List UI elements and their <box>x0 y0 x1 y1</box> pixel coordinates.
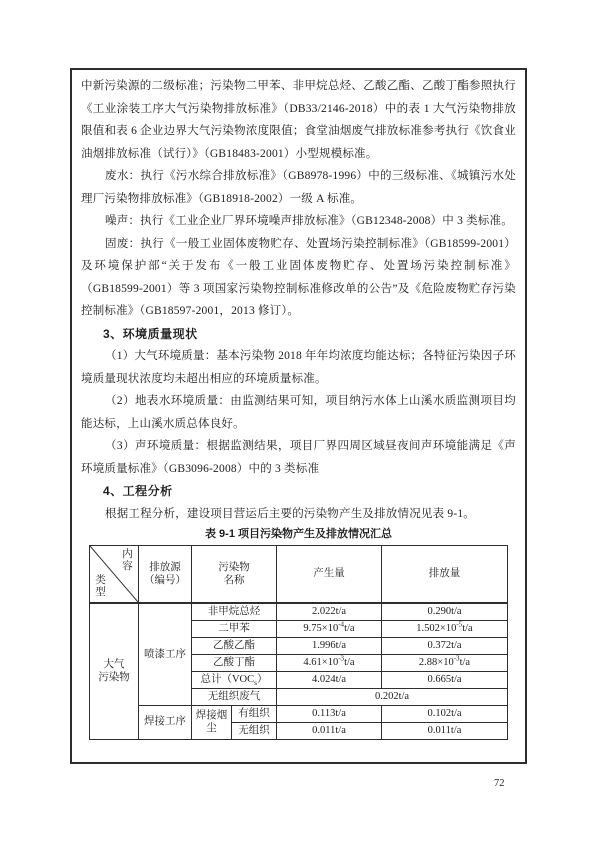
cell-emitted: 1.502×10-5t/a <box>382 620 508 637</box>
cell-combined-value: 0.202t/a <box>277 688 508 705</box>
cell-emitted: 0.372t/a <box>382 637 508 654</box>
paragraph-solid-waste-standards: 固废：执行《一般工业固体废物贮存、处置场污染控制标准》（GB18599-2001… <box>81 233 516 323</box>
content-frame: 中新污染源的二级标准；污染物二甲苯、非甲烷总烃、乙酸乙酯、乙酸丁酯参照执行《工业… <box>70 68 527 764</box>
cell-produced: 2.022t/a <box>277 603 382 620</box>
table-corner-cell: 内容 类型 <box>90 546 139 604</box>
paragraph-acoustic-quality: （3）声环境质量：根据监测结果，项目厂界四周区域昼夜间声环境能满足《声环境质量标… <box>81 435 516 480</box>
cell-produced: 0.113t/a <box>277 705 382 722</box>
corner-label-content: 内容 <box>122 549 133 573</box>
table-row: 焊接工序 焊接烟 尘 有组织 0.113t/a 0.102t/a <box>90 705 508 722</box>
cell-produced: 1.996t/a <box>277 637 382 654</box>
cell-pollutant-welding-fume: 焊接烟 尘 <box>192 705 232 739</box>
section-heading-env-quality: 3、环境质量现状 <box>81 323 516 346</box>
cell-emission-mode: 有组织 <box>232 705 277 722</box>
corner-label-type: 类型 <box>95 575 106 599</box>
pollutant-summary-table: 内容 类型 排放源 （编号） 污染物 名称 产生量 排放量 大气 污染物 喷漆工… <box>89 545 508 740</box>
column-header-source: 排放源 （编号） <box>139 546 192 604</box>
cell-emitted: 0.290t/a <box>382 603 508 620</box>
cell-pollutant-name-vocs-total: 总计（VOCs） <box>192 671 277 688</box>
table-caption: 表 9-1 项目污染物产生及排放情况汇总 <box>81 526 516 543</box>
cell-pollutant-name-fugitive: 无组织废气 <box>192 688 277 705</box>
cell-produced: 0.011t/a <box>277 722 382 739</box>
section-heading-engineering-analysis: 4、工程分析 <box>81 480 516 503</box>
column-header-pollutant: 污染物 名称 <box>192 546 277 604</box>
paragraph-surface-water-quality: （2）地表水环境质量：由监测结果可知，项目纳污水体上山溪水质监测项目均能达标，上… <box>81 390 516 435</box>
column-header-emitted: 排放量 <box>382 546 508 604</box>
cell-emitted: 2.88×10-3t/a <box>382 654 508 671</box>
paragraph-noise-standards: 噪声：执行《工业企业厂界环境噪声排放标准》（GB12348-2008）中 3 类… <box>81 210 516 233</box>
cell-produced: 4.024t/a <box>277 671 382 688</box>
cell-pollutant-name: 乙酸乙酯 <box>192 637 277 654</box>
document-page: 中新污染源的二级标准；污染物二甲苯、非甲烷总烃、乙酸乙酯、乙酸丁酯参照执行《工业… <box>0 0 595 841</box>
cell-emitted: 0.665t/a <box>382 671 508 688</box>
cell-produced: 9.75×10-4t/a <box>277 620 382 637</box>
cell-emitted: 0.011t/a <box>382 722 508 739</box>
cell-produced: 4.61×10-3t/a <box>277 654 382 671</box>
cell-category-air-pollutants: 大气 污染物 <box>90 603 139 739</box>
paragraph-analysis-intro: 根据工程分析，建设项目营运后主要的污染物产生及排放情况见表 9-1。 <box>81 503 516 526</box>
cell-process-welding: 焊接工序 <box>139 705 192 739</box>
cell-emission-mode: 无组织 <box>232 722 277 739</box>
cell-emitted: 0.102t/a <box>382 705 508 722</box>
table-row: 大气 污染物 喷漆工序 非甲烷总烃 2.022t/a 0.290t/a <box>90 603 508 620</box>
page-number: 72 <box>494 778 505 789</box>
paragraph-air-quality: （1）大气环境质量：基本污染物 2018 年年均浓度均能达标；各特征污染因子环境… <box>81 345 516 390</box>
cell-pollutant-name: 非甲烷总烃 <box>192 603 277 620</box>
column-header-produced: 产生量 <box>277 546 382 604</box>
cell-process-spray: 喷漆工序 <box>139 603 192 705</box>
paragraph-air-standards: 中新污染源的二级标准；污染物二甲苯、非甲烷总烃、乙酸乙酯、乙酸丁酯参照执行《工业… <box>81 75 516 165</box>
cell-pollutant-name: 乙酸丁酯 <box>192 654 277 671</box>
table-header-row: 内容 类型 排放源 （编号） 污染物 名称 产生量 排放量 <box>90 546 508 604</box>
paragraph-wastewater-standards: 废水：执行《污水综合排放标准》（GB8978-1996）中的三级标准、《城镇污水… <box>81 165 516 210</box>
cell-pollutant-name: 二甲苯 <box>192 620 277 637</box>
